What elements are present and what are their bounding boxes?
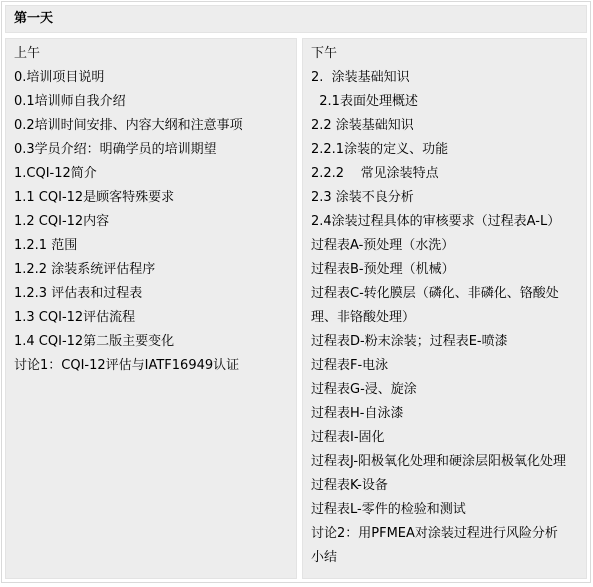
agenda-item: 过程表D-粉末涂装；过程表E-喷漆 — [311, 330, 578, 354]
agenda-item: 0.1培训师自我介绍 — [14, 90, 288, 114]
morning-header: 上午 — [14, 42, 288, 66]
agenda-item: 2.4涂装过程具体的审核要求（过程表A-L） — [311, 210, 578, 234]
afternoon-header: 下午 — [311, 42, 578, 66]
agenda-item: 2.2.1涂装的定义、功能 — [311, 138, 578, 162]
agenda-item: 小结 — [311, 546, 578, 570]
agenda-item: 0.3学员介绍：明确学员的培训期望 — [14, 138, 288, 162]
afternoon-item-list: 2. 涂装基础知识 2.1表面处理概述2.2 涂装基础知识2.2.1涂装的定义、… — [311, 66, 578, 570]
agenda-item: 2.2.2 常见涂装特点 — [311, 162, 578, 186]
agenda-item: 过程表G-浸、旋涂 — [311, 378, 578, 402]
agenda-item: 讨论2：用PFMEA对涂装过程进行风险分析 — [311, 522, 578, 546]
agenda-item: 讨论1：CQI-12评估与IATF16949认证 — [14, 354, 288, 378]
agenda-item: 1.3 CQI-12评估流程 — [14, 306, 288, 330]
agenda-item: 1.2.2 涂装系统评估程序 — [14, 258, 288, 282]
agenda-item: 2.2 涂装基础知识 — [311, 114, 578, 138]
agenda-item: 过程表J-阳极氧化处理和硬涂层阳极氧化处理 — [311, 450, 578, 474]
morning-column-cell: 上午 0.培训项目说明0.1培训师自我介绍0.2培训时间安排、内容大纲和注意事项… — [5, 38, 297, 579]
agenda-item: 2.3 涂装不良分析 — [311, 186, 578, 210]
agenda-item: 1.4 CQI-12第二版主要变化 — [14, 330, 288, 354]
agenda-item: 1.CQI-12简介 — [14, 162, 288, 186]
agenda-item: 过程表F-电泳 — [311, 354, 578, 378]
morning-item-list: 0.培训项目说明0.1培训师自我介绍0.2培训时间安排、内容大纲和注意事项0.3… — [14, 66, 288, 378]
training-agenda-page: 第一天 上午 0.培训项目说明0.1培训师自我介绍0.2培训时间安排、内容大纲和… — [0, 1, 593, 587]
agenda-item: 0.培训项目说明 — [14, 66, 288, 90]
day-title-cell: 第一天 — [5, 5, 587, 33]
training-agenda-table: 第一天 上午 0.培训项目说明0.1培训师自我介绍0.2培训时间安排、内容大纲和… — [1, 1, 591, 583]
agenda-item: 过程表K-设备 — [311, 474, 578, 498]
agenda-item: 1.1 CQI-12是顾客特殊要求 — [14, 186, 288, 210]
agenda-item: 2. 涂装基础知识 — [311, 66, 578, 90]
agenda-item: 1.2.3 评估表和过程表 — [14, 282, 288, 306]
agenda-item: 过程表C-转化膜层（磷化、非磷化、铬酸处理、非铬酸处理） — [311, 282, 578, 330]
day-title: 第一天 — [14, 11, 53, 26]
agenda-item: 过程表B-预处理（机械） — [311, 258, 578, 282]
agenda-item: 1.2.1 范围 — [14, 234, 288, 258]
agenda-item: 0.2培训时间安排、内容大纲和注意事项 — [14, 114, 288, 138]
agenda-item: 过程表A-预处理（水洗） — [311, 234, 578, 258]
agenda-item: 过程表H-自泳漆 — [311, 402, 578, 426]
agenda-item: 过程表I-固化 — [311, 426, 578, 450]
agenda-item: 1.2 CQI-12内容 — [14, 210, 288, 234]
agenda-item: 2.1表面处理概述 — [311, 90, 578, 114]
afternoon-column-cell: 下午 2. 涂装基础知识 2.1表面处理概述2.2 涂装基础知识2.2.1涂装的… — [302, 38, 587, 579]
agenda-item: 过程表L-零件的检验和测试 — [311, 498, 578, 522]
